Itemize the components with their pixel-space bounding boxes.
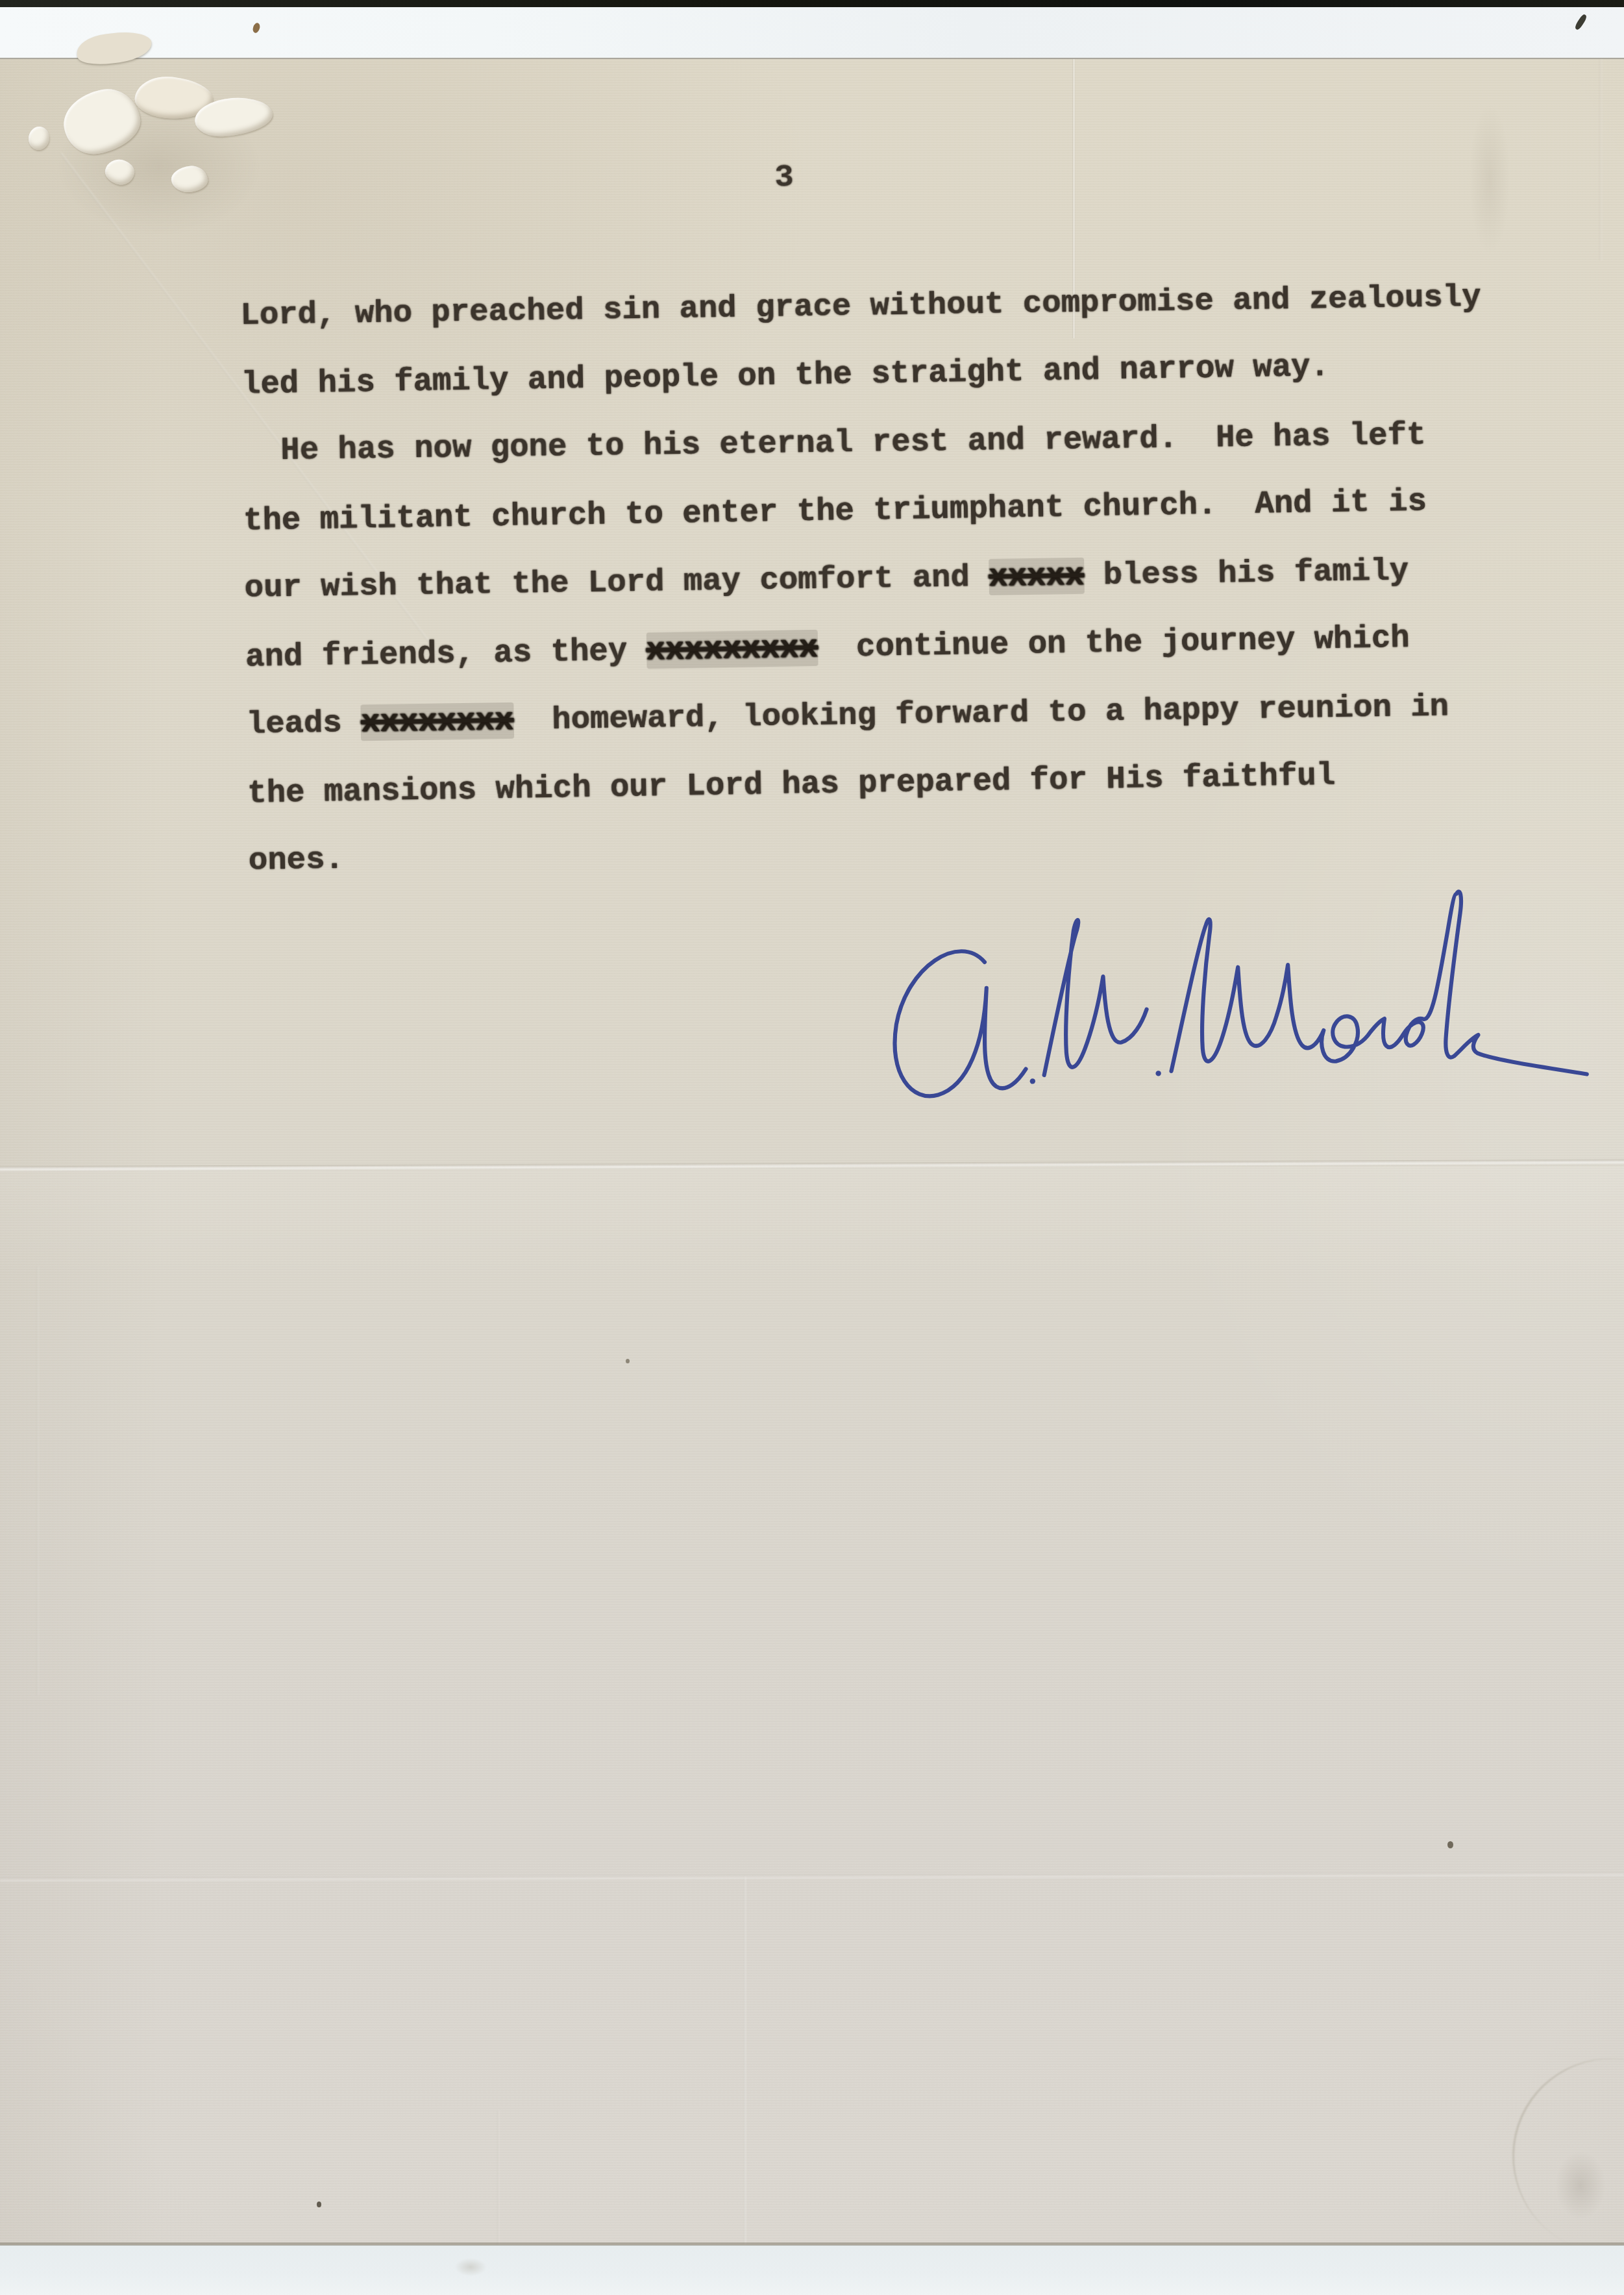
typed-text: 3 Lord, who preached sin and grace witho…	[0, 38, 1624, 2248]
typed-line: leads xxxxxxxx homeward, looking forward…	[246, 691, 1449, 740]
typed-segment: Lord, who preached sin and grace without…	[240, 279, 1481, 334]
strikeout-text: xxxxx	[989, 558, 1085, 595]
typed-segment: ones.	[248, 841, 344, 879]
signature-dot	[1155, 1071, 1161, 1076]
typed-segment: He has now gone to his eternal rest and …	[280, 417, 1426, 469]
strikeout-text: xxxxxxxx	[361, 702, 514, 741]
paper-sheet: 3 Lord, who preached sin and grace witho…	[0, 59, 1624, 2245]
typed-line: the militant church to enter the triumph…	[243, 486, 1427, 537]
typed-segment: homeward, looking forward to a happy reu…	[513, 688, 1449, 738]
typed-segment: leads	[246, 704, 361, 743]
page-number: 3	[774, 159, 794, 195]
typed-segment: led his family and people on the straigh…	[241, 349, 1330, 403]
typed-line: Lord, who preached sin and grace without…	[240, 282, 1481, 332]
typed-segment: our wish that the Lord may comfort and	[244, 559, 989, 606]
signature-stroke-morek	[1168, 889, 1587, 1083]
scanner-strip-bottom	[0, 2245, 1624, 2295]
signature-dot	[1030, 1078, 1036, 1084]
typed-line: our wish that the Lord may comfort and x…	[244, 555, 1409, 604]
scanned-document: 3 Lord, who preached sin and grace witho…	[0, 0, 1624, 2295]
strikeout-text: xxxxxxxxx	[646, 630, 818, 669]
typed-segment: continue on the journey which	[818, 620, 1410, 666]
typed-line: led his family and people on the straigh…	[241, 351, 1330, 401]
stain	[448, 2254, 493, 2280]
typed-segment: and friends, as they	[245, 632, 646, 675]
typed-segment: the militant church to enter the triumph…	[243, 483, 1427, 539]
typed-line: ones.	[249, 844, 345, 877]
typed-segment: bless his family	[1084, 552, 1409, 593]
signature-stroke-a-n	[892, 919, 1149, 1097]
typed-line: and friends, as they xxxxxxxxx continue …	[245, 623, 1410, 674]
typed-line: the mansions which our Lord has prepared…	[247, 760, 1336, 810]
typed-line: He has now gone to his eternal rest and …	[242, 419, 1426, 467]
typed-segment: the mansions which our Lord has prepared…	[247, 758, 1336, 812]
signature	[861, 876, 1599, 1106]
